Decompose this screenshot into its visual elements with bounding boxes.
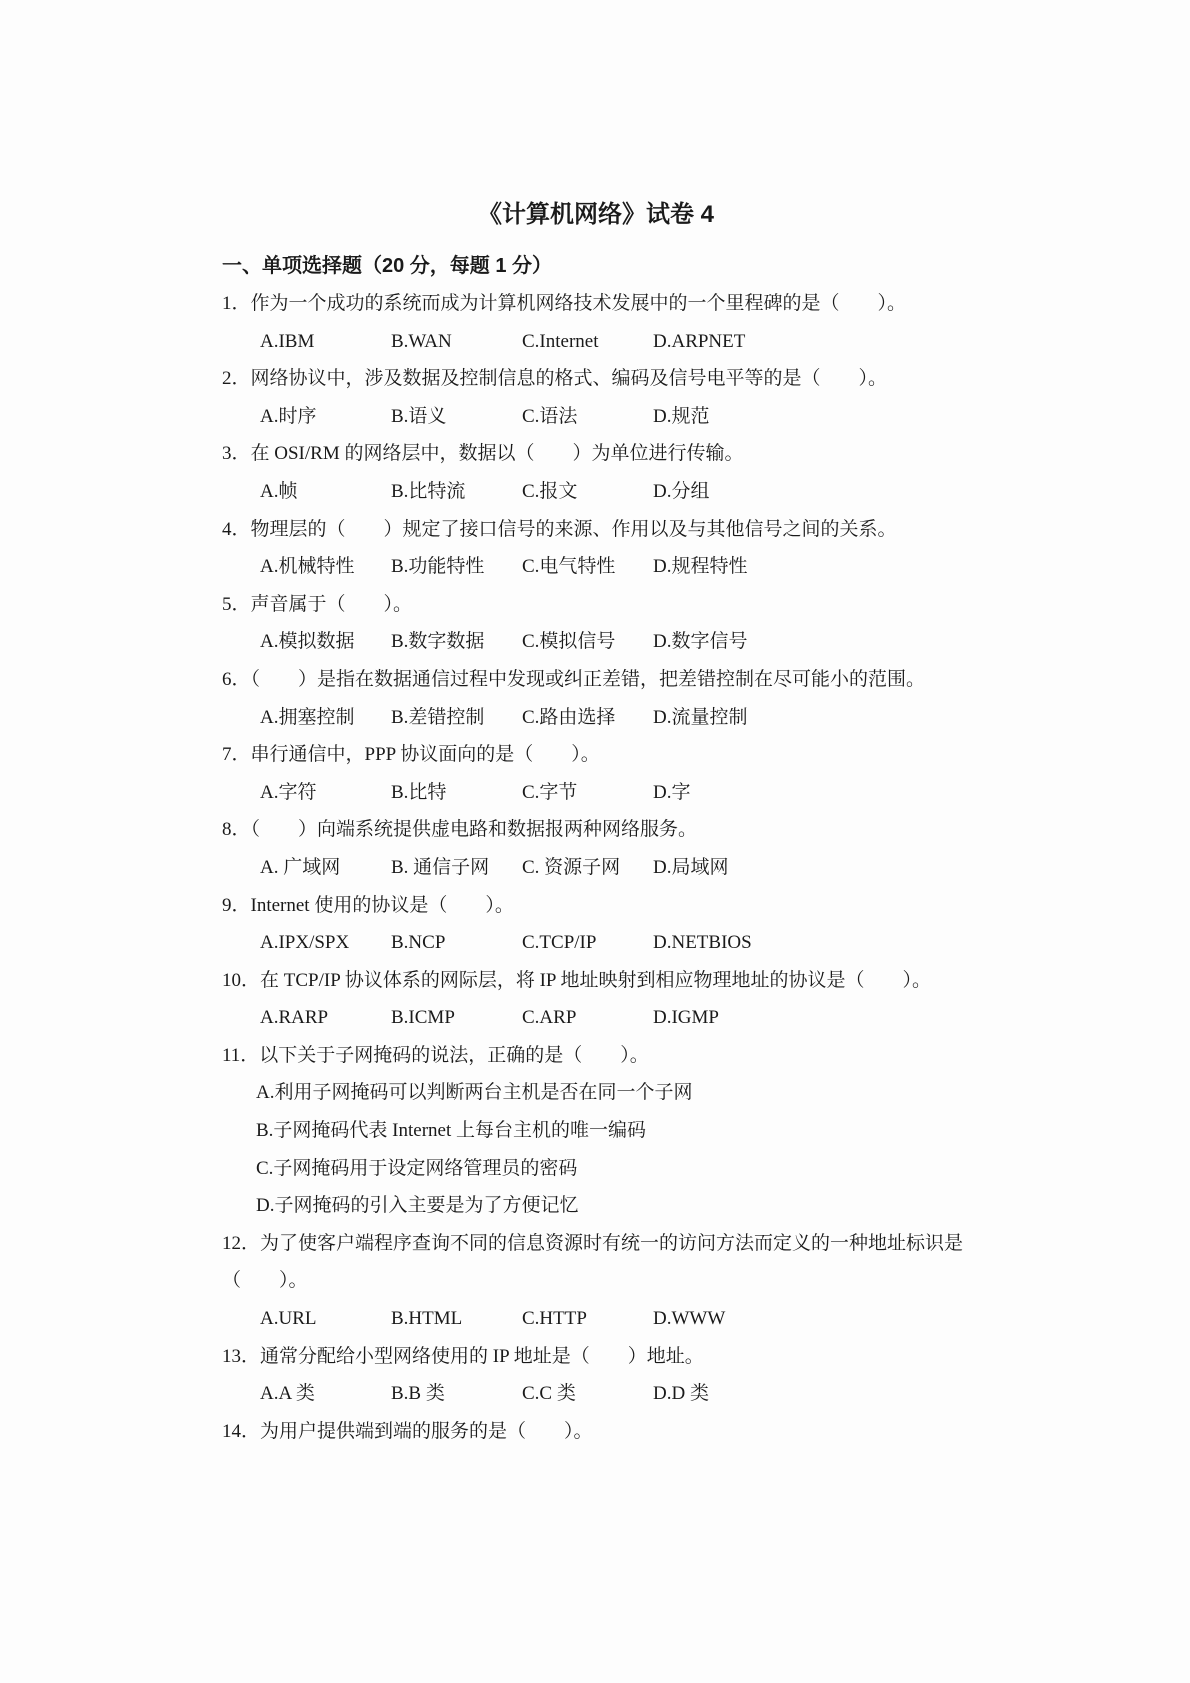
answer-option: C.ARP	[522, 999, 653, 1037]
answer-option: B.ICMP	[391, 999, 522, 1037]
answer-option: D.数字信号	[653, 623, 784, 661]
answer-option: C.模拟信号	[522, 623, 653, 661]
answer-option: C.HTTP	[522, 1300, 653, 1338]
answer-option: D.字	[653, 774, 784, 812]
answer-option: C.路由选择	[522, 699, 653, 737]
question-block: 7．串行通信中，PPP 协议面向的是（ ）。 A.字符B.比特C.字节D.字	[222, 736, 970, 811]
answer-option: B.HTML	[391, 1300, 522, 1338]
answer-option: B.B 类	[391, 1375, 522, 1413]
question-text: 6．（ ）是指在数据通信过程中发现或纠正差错，把差错控制在尽可能小的范围。	[222, 661, 970, 699]
answer-option: C.报文	[522, 473, 653, 511]
answer-option: A.模拟数据	[260, 623, 391, 661]
question-block: 6．（ ）是指在数据通信过程中发现或纠正差错，把差错控制在尽可能小的范围。 A.…	[222, 661, 970, 736]
question-block: 10．在 TCP/IP 协议体系的网际层，将 IP 地址映射到相应物理地址的协议…	[222, 962, 970, 1037]
question-block: 3．在 OSI/RM 的网络层中，数据以（ ）为单位进行传输。 A.帧B.比特流…	[222, 435, 970, 510]
option-row: A.机械特性B.功能特性C.电气特性D.规程特性	[222, 548, 970, 586]
answer-option: B. 通信子网	[391, 849, 522, 887]
option-row: A.利用子网掩码可以判断两台主机是否在同一个子网B.子网掩码代表 Interne…	[222, 1074, 970, 1224]
answer-option: A.时序	[260, 398, 391, 436]
answer-option: B.子网掩码代表 Internet 上每台主机的唯一编码	[256, 1112, 970, 1150]
question-text: 5．声音属于（ ）。	[222, 586, 970, 624]
question-text: 12．为了使客户端程序查询不同的信息资源时有统一的访问方法而定义的一种地址标识是…	[222, 1225, 970, 1300]
question-text: 8．（ ）向端系统提供虚电路和数据报两种网络服务。	[222, 811, 970, 849]
question-text: 13．通常分配给小型网络使用的 IP 地址是（ ）地址。	[222, 1338, 970, 1376]
question-block: 8．（ ）向端系统提供虚电路和数据报两种网络服务。 A. 广域网B. 通信子网C…	[222, 811, 970, 886]
answer-option: A.拥塞控制	[260, 699, 391, 737]
exam-paper-page: 《计算机网络》试卷 4 一、单项选择题（20 分，每题 1 分） 1．作为一个成…	[0, 0, 1190, 1683]
answer-option: D.规程特性	[653, 548, 784, 586]
question-block: 9．Internet 使用的协议是（ ）。 A.IPX/SPXB.NCPC.TC…	[222, 887, 970, 962]
question-block: 11．以下关于子网掩码的说法，正确的是（ ）。 A.利用子网掩码可以判断两台主机…	[222, 1037, 970, 1225]
answer-option: D.IGMP	[653, 999, 784, 1037]
answer-option: C.C 类	[522, 1375, 653, 1413]
answer-option: B.NCP	[391, 924, 522, 962]
question-block: 2．网络协议中，涉及数据及控制信息的格式、编码及信号电平等的是（ ）。 A.时序…	[222, 360, 970, 435]
question-text: 7．串行通信中，PPP 协议面向的是（ ）。	[222, 736, 970, 774]
answer-option: A.IPX/SPX	[260, 924, 391, 962]
question-text: 11．以下关于子网掩码的说法，正确的是（ ）。	[222, 1037, 970, 1075]
answer-option: D.规范	[653, 398, 784, 436]
answer-option: A.机械特性	[260, 548, 391, 586]
question-block: 12．为了使客户端程序查询不同的信息资源时有统一的访问方法而定义的一种地址标识是…	[222, 1225, 970, 1338]
answer-option: D.NETBIOS	[653, 924, 784, 962]
answer-option: A.IBM	[260, 323, 391, 361]
answer-option: D.局域网	[653, 849, 784, 887]
answer-option: C.字节	[522, 774, 653, 812]
option-row: A.时序B.语义C.语法D.规范	[222, 398, 970, 436]
answer-option: B.比特流	[391, 473, 522, 511]
option-row: A.IBMB.WANC.InternetD.ARPNET	[222, 323, 970, 361]
question-text: 2．网络协议中，涉及数据及控制信息的格式、编码及信号电平等的是（ ）。	[222, 360, 970, 398]
option-row: A. 广域网B. 通信子网C. 资源子网D.局域网	[222, 849, 970, 887]
answer-option: D.流量控制	[653, 699, 784, 737]
page-title: 《计算机网络》试卷 4	[222, 196, 970, 234]
answer-option: A.字符	[260, 774, 391, 812]
option-row: A.IPX/SPXB.NCPC.TCP/IPD.NETBIOS	[222, 924, 970, 962]
answer-option: B.比特	[391, 774, 522, 812]
answer-option: C.子网掩码用于设定网络管理员的密码	[256, 1150, 970, 1188]
answer-option: C.Internet	[522, 323, 653, 361]
answer-option: A.RARP	[260, 999, 391, 1037]
answer-option: D.ARPNET	[653, 323, 784, 361]
answer-option: C.语法	[522, 398, 653, 436]
answer-option: A.A 类	[260, 1375, 391, 1413]
answer-option: B.功能特性	[391, 548, 522, 586]
option-row: A.A 类B.B 类C.C 类D.D 类	[222, 1375, 970, 1413]
question-text: 3．在 OSI/RM 的网络层中，数据以（ ）为单位进行传输。	[222, 435, 970, 473]
option-row: A.URLB.HTMLC.HTTPD.WWW	[222, 1300, 970, 1338]
answer-option: B.语义	[391, 398, 522, 436]
section-heading: 一、单项选择题（20 分，每题 1 分）	[222, 247, 970, 285]
answer-option: A. 广域网	[260, 849, 391, 887]
option-row: A.帧B.比特流C.报文D.分组	[222, 473, 970, 511]
answer-option: D.WWW	[653, 1300, 784, 1338]
answer-option: A.帧	[260, 473, 391, 511]
answer-option: D.D 类	[653, 1375, 784, 1413]
question-text: 9．Internet 使用的协议是（ ）。	[222, 887, 970, 925]
question-list: 1．作为一个成功的系统而成为计算机网络技术发展中的一个里程碑的是（ ）。 A.I…	[222, 285, 970, 1450]
answer-option: B.WAN	[391, 323, 522, 361]
answer-option: A.URL	[260, 1300, 391, 1338]
question-block: 13．通常分配给小型网络使用的 IP 地址是（ ）地址。 A.A 类B.B 类C…	[222, 1338, 970, 1413]
answer-option: C.电气特性	[522, 548, 653, 586]
answer-option: B.差错控制	[391, 699, 522, 737]
answer-option: B.数字数据	[391, 623, 522, 661]
option-row: A.RARPB.ICMPC.ARPD.IGMP	[222, 999, 970, 1037]
question-block: 4．物理层的（ ）规定了接口信号的来源、作用以及与其他信号之间的关系。 A.机械…	[222, 511, 970, 586]
option-row: A.拥塞控制B.差错控制C.路由选择D.流量控制	[222, 699, 970, 737]
question-text: 4．物理层的（ ）规定了接口信号的来源、作用以及与其他信号之间的关系。	[222, 511, 970, 549]
page-content: 《计算机网络》试卷 4 一、单项选择题（20 分，每题 1 分） 1．作为一个成…	[222, 196, 970, 1450]
answer-option: C. 资源子网	[522, 849, 653, 887]
question-block: 14．为用户提供端到端的服务的是（ ）。	[222, 1413, 970, 1451]
answer-option: D.分组	[653, 473, 784, 511]
option-row: A.模拟数据B.数字数据C.模拟信号D.数字信号	[222, 623, 970, 661]
question-text: 1．作为一个成功的系统而成为计算机网络技术发展中的一个里程碑的是（ ）。	[222, 285, 970, 323]
option-row: A.字符B.比特C.字节D.字	[222, 774, 970, 812]
answer-option: A.利用子网掩码可以判断两台主机是否在同一个子网	[256, 1074, 970, 1112]
answer-option: C.TCP/IP	[522, 924, 653, 962]
answer-option: D.子网掩码的引入主要是为了方便记忆	[256, 1187, 970, 1225]
question-text: 10．在 TCP/IP 协议体系的网际层，将 IP 地址映射到相应物理地址的协议…	[222, 962, 970, 1000]
question-block: 1．作为一个成功的系统而成为计算机网络技术发展中的一个里程碑的是（ ）。 A.I…	[222, 285, 970, 360]
question-text: 14．为用户提供端到端的服务的是（ ）。	[222, 1413, 970, 1451]
question-block: 5．声音属于（ ）。 A.模拟数据B.数字数据C.模拟信号D.数字信号	[222, 586, 970, 661]
